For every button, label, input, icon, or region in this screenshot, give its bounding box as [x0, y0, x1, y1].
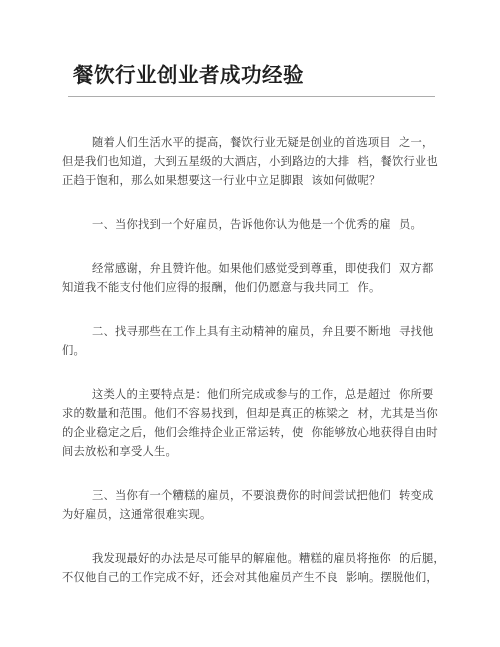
paragraph: 经常感谢，弁且赞许他。如果他们感觉受到尊重，即使我们 双方都知道我不能支付他们应… — [62, 260, 435, 298]
text-line: 三、当你有一个糟糕的雇员，不要浪费你的时间尝试把他们 转变成 — [62, 487, 435, 506]
text-line: 不仅他自己的工作完成不好，还会对其他雇员产生不良 影响。摆脱他们， — [62, 569, 435, 588]
text-line: 正趋于饱和，那么如果想要这一行业中立足脚跟 该如何做呢？ — [62, 172, 435, 191]
paragraph: 三、当你有一个糟糕的雇员，不要浪费你的时间尝试把他们 转变成为好雇员，这通常很难… — [62, 487, 435, 525]
document-page: 餐饮行业创业者成功经验 随着人们生活水平的提高，餐饮行业无疑是创业的首选项目 之… — [0, 0, 500, 647]
paragraph: 一、当你找到一个好雇员，告诉他你认为他是一个优秀的雇 员。 — [62, 216, 435, 235]
text-line: 间去放松和享受人生。 — [62, 443, 435, 462]
text-line: 二、找寻那些在工作上具有主动精神的雇员，弁且要不断地 寻找他 — [62, 323, 435, 342]
text-line: 但是我们也知道，大到五星级的大酒店，小到路边的大排 档，餐饮行业也 — [62, 153, 435, 172]
text-line: 一、当你找到一个好雇员，告诉他你认为他是一个优秀的雇 员。 — [62, 216, 435, 235]
text-line: 知道我不能支付他们应得的报酬，他们仍愿意与我共同工 作。 — [62, 279, 435, 298]
paragraph: 随着人们生活水平的提高，餐饮行业无疑是创业的首选项目 之一，但是我们也知道，大到… — [62, 134, 435, 191]
text-line: 经常感谢，弁且赞许他。如果他们感觉受到尊重，即使我们 双方都 — [62, 260, 435, 279]
document-body: 随着人们生活水平的提高，餐饮行业无疑是创业的首选项目 之一，但是我们也知道，大到… — [62, 134, 435, 588]
paragraph: 我发现最好的办法是尽可能早的解雇他。糟糕的雇员将拖你 的后腿，不仅他自己的工作完… — [62, 550, 435, 588]
text-line: 求的数量和范围。他们不容易找到，但却是真正的栋梁之 材，尤其是当你 — [62, 405, 435, 424]
text-line: 这类人的主要特点是：他们所完成或参与的工作，总是超过 你所要 — [62, 386, 435, 405]
text-line: 为好雇员，这通常很难实现。 — [62, 506, 435, 525]
text-line: 随着人们生活水平的提高，餐饮行业无疑是创业的首选项目 之一， — [62, 134, 435, 153]
document-header: 餐饮行业创业者成功经验 — [68, 62, 435, 97]
text-line: 的企业稳定之后，他们会维持企业正常运转，使 你能够放心地获得自由时 — [62, 424, 435, 443]
paragraph: 二、找寻那些在工作上具有主动精神的雇员，弁且要不断地 寻找他们。 — [62, 323, 435, 361]
document-title: 餐饮行业创业者成功经验 — [68, 62, 435, 90]
paragraph: 这类人的主要特点是：他们所完成或参与的工作，总是超过 你所要求的数量和范围。他们… — [62, 386, 435, 462]
text-line: 们。 — [62, 342, 435, 361]
text-line: 我发现最好的办法是尽可能早的解雇他。糟糕的雇员将拖你 的后腿， — [62, 550, 435, 569]
